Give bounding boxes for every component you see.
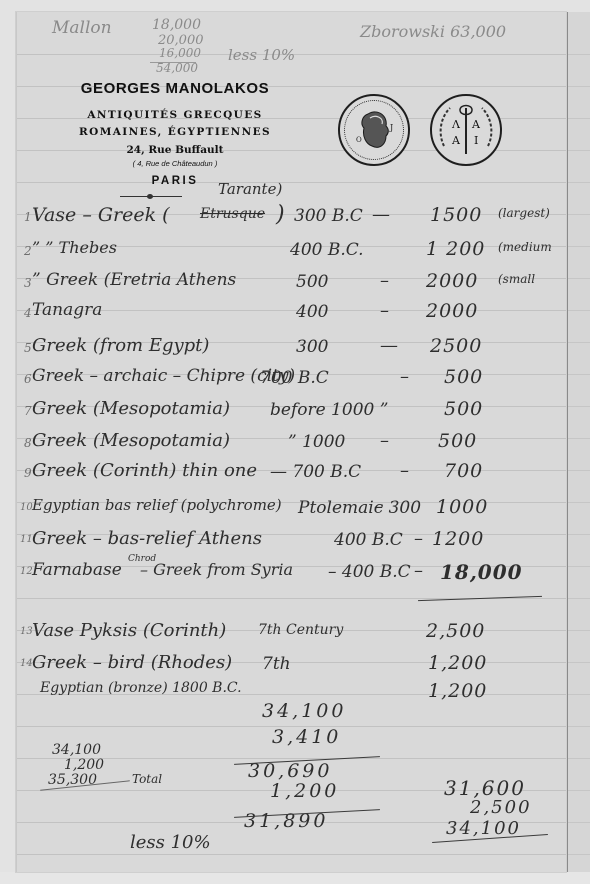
item-size-note: (small — [498, 272, 535, 286]
item-description: Vase Pyksis (Corinth) — [32, 620, 226, 641]
item-close-paren: ) — [276, 202, 285, 227]
letterhead-ornament-rule — [120, 196, 182, 197]
item-number: 12 — [20, 566, 33, 577]
item-dash: – — [414, 528, 423, 549]
item-date: 500 — [296, 272, 328, 292]
calc-right-figure: 2,500 — [470, 797, 532, 818]
item-number: 1 — [24, 210, 32, 224]
item-number: 8 — [24, 436, 32, 450]
item-number: 5 — [24, 341, 32, 355]
dealer-name: GEORGES MANOLAKOS — [60, 80, 290, 97]
pencil-mallon-label: Mallon — [52, 18, 112, 38]
item-size-note: (medium — [498, 240, 552, 254]
svg-text:Α: Α — [451, 134, 461, 147]
calc-left-figure: 1,200 — [64, 757, 104, 773]
item-price: 1,200 — [428, 652, 487, 674]
svg-text:Ι: Ι — [474, 134, 478, 147]
item-insertion: Tarante) — [218, 180, 282, 198]
item-date: 300 B.C — [294, 206, 363, 226]
item-number: 10 — [20, 502, 33, 513]
item-date: 700 B.C — [260, 368, 329, 388]
item-price: 2,500 — [426, 620, 485, 642]
item-dash: – — [380, 300, 389, 321]
item-description: Greek – bas-relief Athens — [32, 528, 262, 549]
item-description: Greek (Mesopotamia) — [32, 430, 230, 451]
pencil-zborowski: Zborowski 63,000 — [360, 22, 506, 41]
coin-head-icon: J O — [338, 94, 410, 166]
item-number: 3 — [24, 276, 32, 290]
item-price: 1000 — [436, 496, 488, 518]
item-description: Egyptian bas relief (polychrome) — [32, 496, 282, 514]
item-price: 500 — [444, 366, 483, 388]
coin-caduceus-icon: Λ Α Α Ι — [430, 94, 502, 166]
dealer-specialty-2: ROMAINES, ÉGYPTIENNES — [60, 126, 290, 138]
item-date: 400 B.C. — [290, 240, 364, 260]
calc-footer-note: less 10% — [130, 832, 211, 853]
item-price: 1,200 — [428, 680, 487, 702]
item-date: 7th Century — [258, 622, 343, 638]
item-description: Farnabase — [32, 560, 122, 580]
item-description: Vase – Greek ( — [32, 204, 170, 226]
item-number: 11 — [20, 534, 33, 545]
item-description: Greek – bird (Rhodes) — [32, 652, 232, 673]
calc-center-figure: 1,200 — [270, 780, 339, 802]
item-price: 1500 — [430, 204, 482, 226]
item-description: Greek – archaic – Chipre (city) — [32, 366, 295, 386]
item-price: 500 — [444, 398, 483, 420]
pencil-mallon-figure-1: 18,000 — [152, 17, 201, 33]
item-date: before 1000 ” — [270, 400, 388, 420]
dealer-address-alt: ( 4, Rue de Châteaudun ) — [60, 159, 290, 168]
item-number: 2 — [24, 244, 32, 258]
pencil-mallon-note: less 10% — [228, 46, 295, 64]
item-date: – 400 B.C — [328, 562, 411, 582]
calc-left-label: Total — [132, 772, 162, 786]
item-dash: – — [400, 460, 409, 481]
dealer-specialty-1: ANTIQUITÉS GRECQUES — [60, 109, 290, 121]
pencil-mallon-total: 54,000 — [156, 61, 198, 75]
item-price: 18,000 — [440, 560, 523, 584]
item-date: 400 — [296, 302, 328, 322]
calc-center-figure: 3,410 — [272, 726, 341, 748]
calc-center-figure: 34,100 — [262, 700, 346, 722]
item-size-note: (largest) — [498, 206, 550, 220]
item-dash: – — [414, 560, 423, 581]
pencil-mallon-figure-3: 16,000 — [159, 46, 201, 60]
item-date: Ptolemaic 300 — [298, 498, 421, 518]
svg-text:O: O — [356, 136, 362, 144]
dealer-address: 24, Rue Buffault — [60, 144, 290, 156]
item-description: ” Greek (Eretria Athens — [32, 270, 236, 290]
item-price: 700 — [444, 460, 483, 482]
svg-text:Λ: Λ — [451, 118, 461, 131]
item-description: Egyptian (bronze) 1800 B.C. — [40, 680, 242, 696]
item-dash: – — [400, 366, 409, 387]
item-date: 300 — [296, 337, 328, 357]
item-price: 500 — [438, 430, 477, 452]
item-dash: – — [380, 430, 389, 451]
svg-text:J: J — [389, 123, 393, 132]
item-number: 14 — [20, 658, 33, 669]
item-number: 4 — [24, 306, 32, 320]
item-dash: – — [380, 270, 389, 291]
svg-text:Α: Α — [471, 118, 481, 131]
scan-margin — [0, 872, 590, 884]
item-description: Greek (Corinth) thin one — [32, 460, 257, 481]
item-number: 6 — [24, 372, 32, 386]
item-description: Greek (from Egypt) — [32, 335, 209, 356]
item-date: — 700 B.C — [270, 462, 361, 482]
item-date: 400 B.C — [334, 530, 403, 550]
item-dash: — — [380, 335, 398, 356]
item-description: Greek (Mesopotamia) — [32, 398, 230, 419]
adjacent-page-edge — [566, 12, 590, 872]
item-number: 13 — [20, 626, 33, 637]
item-date: 7th — [262, 654, 291, 674]
item-dash: – — [374, 496, 383, 517]
item-description: ” ” Thebes — [32, 238, 117, 257]
item-number: 9 — [24, 466, 32, 480]
item-price: 1 200 — [426, 238, 485, 260]
item-date: ” 1000 — [288, 432, 345, 452]
item-price: 2000 — [426, 300, 478, 322]
item-description: Tanagra — [32, 300, 102, 320]
item-description-cont: – Greek from Syria — [140, 560, 293, 579]
calc-left-figure: 34,100 — [52, 742, 101, 758]
item-struck-word: Etrusque — [200, 206, 265, 222]
item-price: 2500 — [430, 335, 482, 357]
item-number: 7 — [24, 404, 32, 418]
item-dash: — — [372, 204, 390, 225]
item-price: 2000 — [426, 270, 478, 292]
item-price: 1200 — [432, 528, 484, 550]
